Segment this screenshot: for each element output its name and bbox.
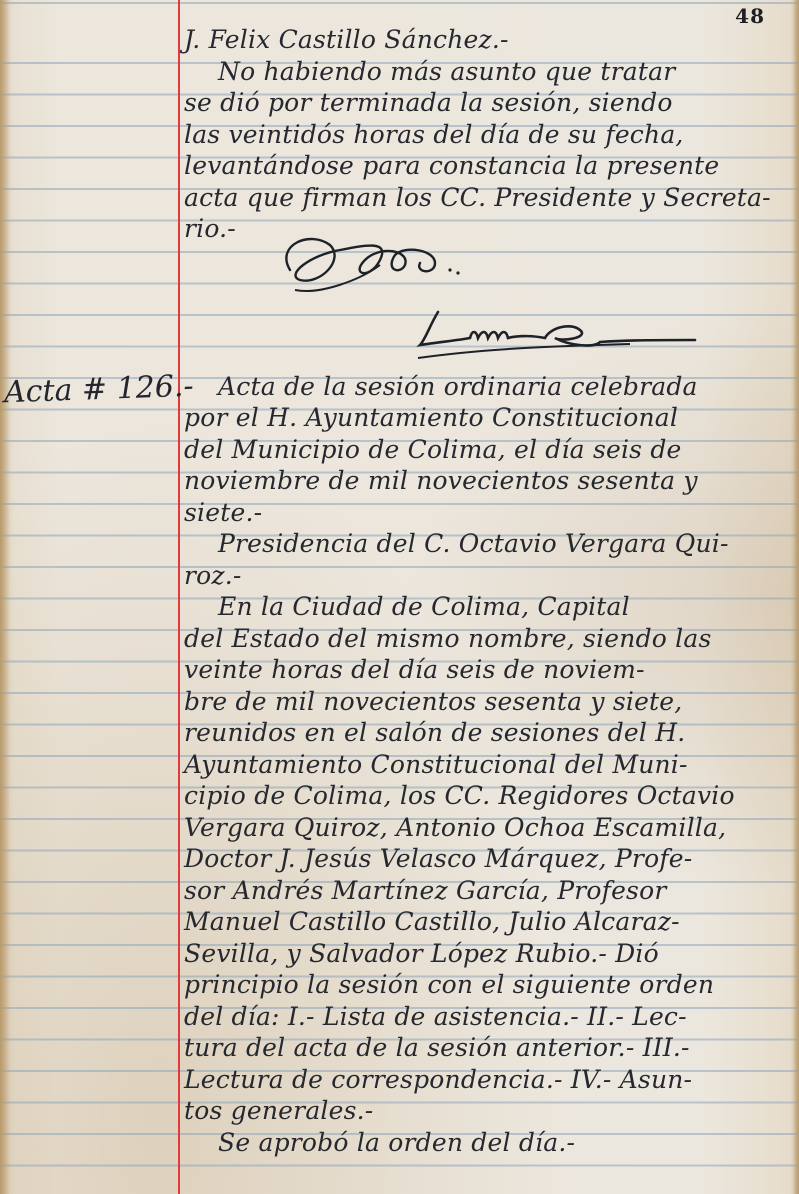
body-line: Vergara Quiroz, Antonio Ochoa Escamilla, bbox=[184, 812, 784, 844]
body-line: Manuel Castillo Castillo, Julio Alcaraz- bbox=[184, 906, 784, 938]
text-line: J. Felix Castillo Sánchez.- bbox=[184, 24, 784, 56]
act-title-line: siete.- bbox=[184, 497, 784, 529]
body-line: bre de mil novecientos sesenta y siete, bbox=[184, 686, 784, 718]
body-line: tura del acta de la sesión anterior.- II… bbox=[184, 1032, 784, 1064]
body-line: veinte horas del día seis de noviem- bbox=[184, 654, 784, 686]
act-title-line: Acta de la sesión ordinaria celebrada bbox=[184, 371, 784, 403]
text-line: levantándose para constancia la presente bbox=[184, 150, 784, 182]
body-line: En la Ciudad de Colima, Capital bbox=[184, 591, 784, 623]
ledger-page: 48 Acta # 126.- J. Felix Castillo Sánche… bbox=[0, 0, 799, 1194]
presidency-line: roz.- bbox=[184, 560, 784, 592]
text-line: No habiendo más asunto que tratar bbox=[184, 56, 784, 88]
secretary-signature bbox=[410, 300, 700, 360]
signature-scribble-icon bbox=[270, 225, 490, 300]
page-binding-edge bbox=[0, 0, 10, 1194]
signature-scribble-icon bbox=[410, 300, 700, 360]
body-line: reunidos en el salón de sesiones del H. bbox=[184, 717, 784, 749]
text-line: las veintidós horas del día de su fecha, bbox=[184, 119, 784, 151]
text-line: acta que firman los CC. Presidente y Sec… bbox=[184, 182, 784, 214]
body-line: Sevilla, y Salvador López Rubio.- Dió bbox=[184, 938, 784, 970]
act-number-label: Acta # 126.- bbox=[3, 369, 194, 411]
body-line: principio la sesión con el siguiente ord… bbox=[184, 969, 784, 1001]
act-title-line: noviembre de mil novecientos sesenta y bbox=[184, 465, 784, 497]
president-signature bbox=[270, 225, 490, 300]
act-title-line: del Municipio de Colima, el día seis de bbox=[184, 434, 784, 466]
body-line: Doctor J. Jesús Velasco Márquez, Profe- bbox=[184, 843, 784, 875]
red-margin-line bbox=[178, 0, 180, 1194]
body-line: del día: I.- Lista de asistencia.- II.- … bbox=[184, 1001, 784, 1033]
body-line: cipio de Colima, los CC. Regidores Octav… bbox=[184, 780, 784, 812]
body-line: tos generales.- bbox=[184, 1095, 784, 1127]
body-line: sor Andrés Martínez García, Profesor bbox=[184, 875, 784, 907]
handwritten-text-block: J. Felix Castillo Sánchez.- No habiendo … bbox=[184, 24, 784, 1158]
body-line: Ayuntamiento Constitucional del Muni- bbox=[184, 749, 784, 781]
act-title-line: por el H. Ayuntamiento Constitucional bbox=[184, 402, 784, 434]
page-outer-edge bbox=[793, 0, 799, 1194]
presidency-line: Presidencia del C. Octavio Vergara Qui- bbox=[184, 528, 784, 560]
text-line: se dió por terminada la sesión, siendo bbox=[184, 87, 784, 119]
approval-line: Se aprobó la orden del día.- bbox=[184, 1127, 784, 1159]
body-line: Lectura de correspondencia.- IV.- Asun- bbox=[184, 1064, 784, 1096]
body-line: del Estado del mismo nombre, siendo las bbox=[184, 623, 784, 655]
